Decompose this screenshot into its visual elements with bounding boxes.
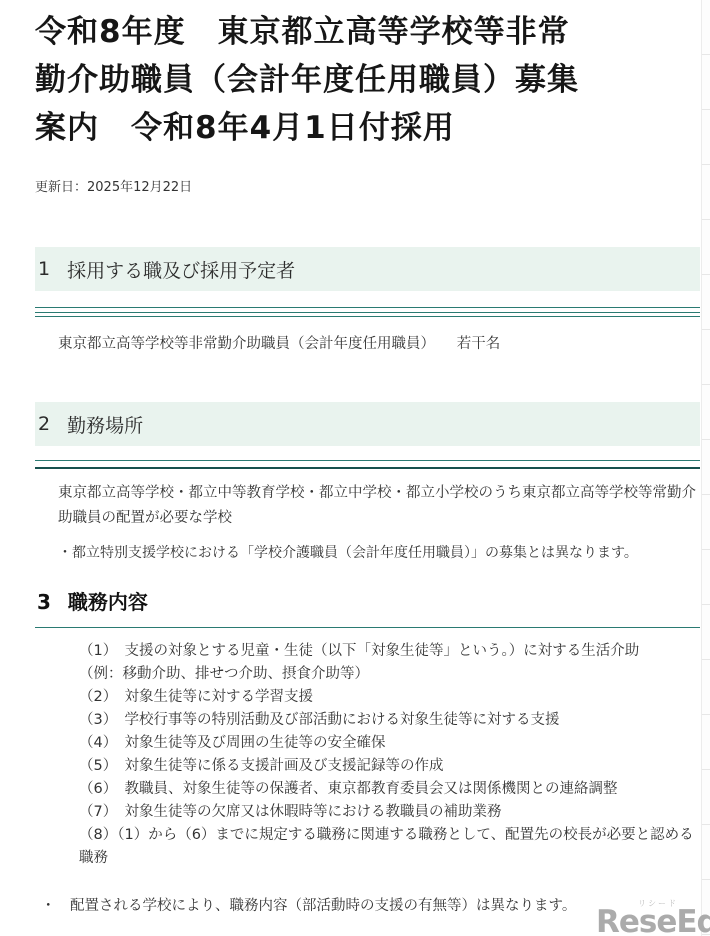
duty-item: （8）（1）から（6）までに規定する職務に関連する職務として、配置先の校長が必要… xyxy=(79,824,694,870)
section-3-title: 職務内容 xyxy=(68,586,148,615)
page-title: 令和8年度 東京都立高等学校等非常 勤介助職員（会計年度任用職員）募集 案内 令… xyxy=(35,0,700,152)
scrollbar[interactable] xyxy=(701,0,710,936)
section-2-heading: 2 勤務場所 xyxy=(35,402,700,446)
single-line-divider xyxy=(35,627,700,628)
duty-item: （7） 対象生徒等の欠席又は休暇時等における教職員の補助業務 xyxy=(79,801,694,824)
section-2-title: 勤務場所 xyxy=(67,411,143,438)
duty-item: （4） 対象生徒等及び周囲の生徒等の安全確保 xyxy=(79,732,694,755)
section-2-number: 2 xyxy=(38,413,50,435)
duty-item: （6） 教職員、対象生徒等の保護者、東京都教育委員会又は関係機関との連絡調整 xyxy=(79,778,694,801)
page-title-line: 勤介助職員（会計年度任用職員）募集 xyxy=(35,56,700,104)
section-3-heading: 3 職務内容 xyxy=(35,586,700,615)
updated-date: 更新日：2025年12月22日 xyxy=(35,176,700,195)
duty-list: （1） 支援の対象とする児童・生徒（以下「対象生徒等」という。）に対する生活介助… xyxy=(35,640,700,870)
section-1-title: 採用する職及び採用予定者 xyxy=(67,256,295,283)
duty-item: （3） 学校行事等の特別活動及び部活動における対象生徒等に対する支援 xyxy=(79,709,694,732)
page-title-line: 令和8年度 東京都立高等学校等非常 xyxy=(35,8,700,56)
section-1-heading: 1 採用する職及び採用予定者 xyxy=(35,247,700,291)
reseed-ruby-label: リシード xyxy=(638,898,678,909)
reseed-logo: ReseEd xyxy=(596,906,708,936)
reseed-watermark: リシード ReseEd xyxy=(596,898,708,936)
section-1-number: 1 xyxy=(38,258,50,280)
page-title-line: 案内 令和8年4月1日付採用 xyxy=(35,104,700,152)
duty-item: （5） 対象生徒等に係る支援計画及び支援記録等の作成 xyxy=(79,755,694,778)
duty-item: （1） 支援の対象とする児童・生徒（以下「対象生徒等」という。）に対する生活介助 xyxy=(79,640,694,663)
article: 令和8年度 東京都立高等学校等非常 勤介助職員（会計年度任用職員）募集 案内 令… xyxy=(35,0,700,915)
duty-item: （2） 対象生徒等に対する学習支援 xyxy=(79,686,694,709)
section-2-body: 東京都立高等学校・都立中等教育学校・都立中学校・都立小学校のうち東京都立高等学校… xyxy=(35,481,700,531)
duty-item: （例：移動介助、排せつ介助、摂食介助等） xyxy=(79,663,694,686)
double-line-divider xyxy=(35,460,700,469)
triple-line-divider xyxy=(35,307,700,317)
section-1-body: 東京都立高等学校等非常勤介助職員（会計年度任用職員） 若干名 xyxy=(35,332,700,353)
section-3-number: 3 xyxy=(37,590,51,614)
section-2-note: ・都立特別支援学校における「学校介護職員（会計年度任用職員）」の募集とは異なりま… xyxy=(35,542,700,562)
